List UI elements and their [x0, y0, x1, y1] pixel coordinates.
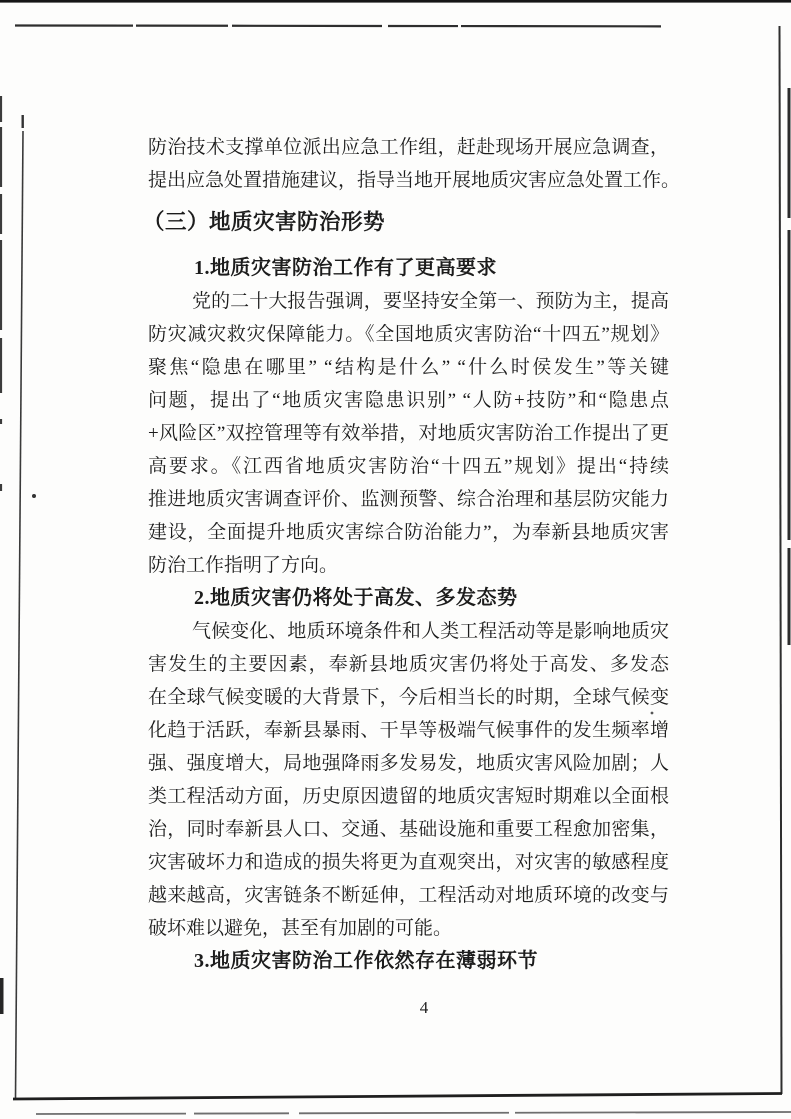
text-line: 防治工作指明了方向。 — [148, 549, 669, 582]
scan-mark-tick — [22, 115, 24, 128]
scan-edge-top — [0, 0, 791, 3]
scan-edge-left-bottom — [0, 978, 4, 1014]
frame-left-line — [16, 131, 24, 1098]
sub-heading: 2.地质灾害仍将处于高发、多发态势 — [148, 582, 669, 615]
text-line: 提出应急处置措施建议，指导当地开展地质灾害应急处置工作。 — [148, 164, 669, 197]
text-line: 在全球气候变暖的大背景下，今后相当长的时期，全球气候变 — [148, 681, 669, 714]
text-line: 类工程活动方面，历史原因遗留的地质灾害短时期难以全面根 — [148, 780, 669, 813]
text-line: 防灾减灾救灾保障能力。《全国地质灾害防治“十四五”规划》 — [148, 318, 669, 351]
frame-bottom-line — [13, 1094, 782, 1100]
text-line: 高要求。《江西省地质灾害防治“十四五”规划》提出“持续 — [148, 450, 669, 483]
frame-right-line — [780, 26, 782, 1094]
text-line: 气候变化、地质环境条件和人类工程活动等是影响地质灾 — [148, 615, 669, 648]
text-line: 破坏难以避免，甚至有加剧的可能。 — [148, 912, 669, 945]
text-line: 聚焦“隐患在哪里” “结构是什么” “什么时侯发生”等关键 — [148, 351, 669, 384]
text-line: 越来越高，灾害链条不断延伸，工程活动对地质环境的改变与 — [148, 879, 669, 912]
text-line: 问题，提出了“地质灾害隐患识别” “人防+技防”和“隐患点 — [148, 384, 669, 417]
section-heading: （三）地质灾害防治形势 — [143, 206, 669, 239]
text-line: 推进地质灾害调查评价、监测预警、综合治理和基层防灾能力 — [148, 483, 669, 516]
frame-bottom-line-2 — [36, 1112, 791, 1114]
text-line: 党的二十大报告强调，要坚持安全第一、预防为主，提高 — [148, 285, 669, 318]
text-line: 害发生的主要因素，奉新县地质灾害仍将处于高发、多发态势。 — [148, 648, 669, 681]
frame-top-line — [15, 26, 779, 27]
text-line: 治，同时奉新县人口、交通、基础设施和重要工程愈加密集， — [148, 813, 669, 846]
scan-mark-dot — [32, 494, 36, 498]
text-line: 灾害破坏力和造成的损失将更为直观突出，对灾害的敏感程度 — [148, 846, 669, 879]
text-line: 强、强度增大，局地强降雨多发易发，地质灾害风险加剧；人 — [148, 747, 669, 780]
text-line: 建设，全面提升地质灾害综合防治能力”，为奉新县地质灾害 — [148, 516, 669, 549]
text-line: +风险区”双控管理等有效举措，对地质灾害防治工作提出了更 — [148, 417, 669, 450]
sub-heading: 1.地质灾害防治工作有了更高要求 — [148, 252, 669, 285]
text-line: 防治技术支撑单位派出应急工作组，赶赴现场开展应急调查， — [148, 131, 669, 164]
page-number: 4 — [420, 997, 429, 1019]
text-line: 化趋于活跃，奉新县暴雨、干旱等极端气候事件的发生频率增 — [148, 714, 669, 747]
document-text: 防治技术支撑单位派出应急工作组，赶赴现场开展应急调查，提出应急处置措施建议，指导… — [148, 131, 669, 978]
sub-heading: 3.地质灾害防治工作依然存在薄弱环节 — [148, 945, 669, 978]
scanned-document-page: 防治技术支撑单位派出应急工作组，赶赴现场开展应急调查，提出应急处置措施建议，指导… — [0, 0, 791, 1119]
